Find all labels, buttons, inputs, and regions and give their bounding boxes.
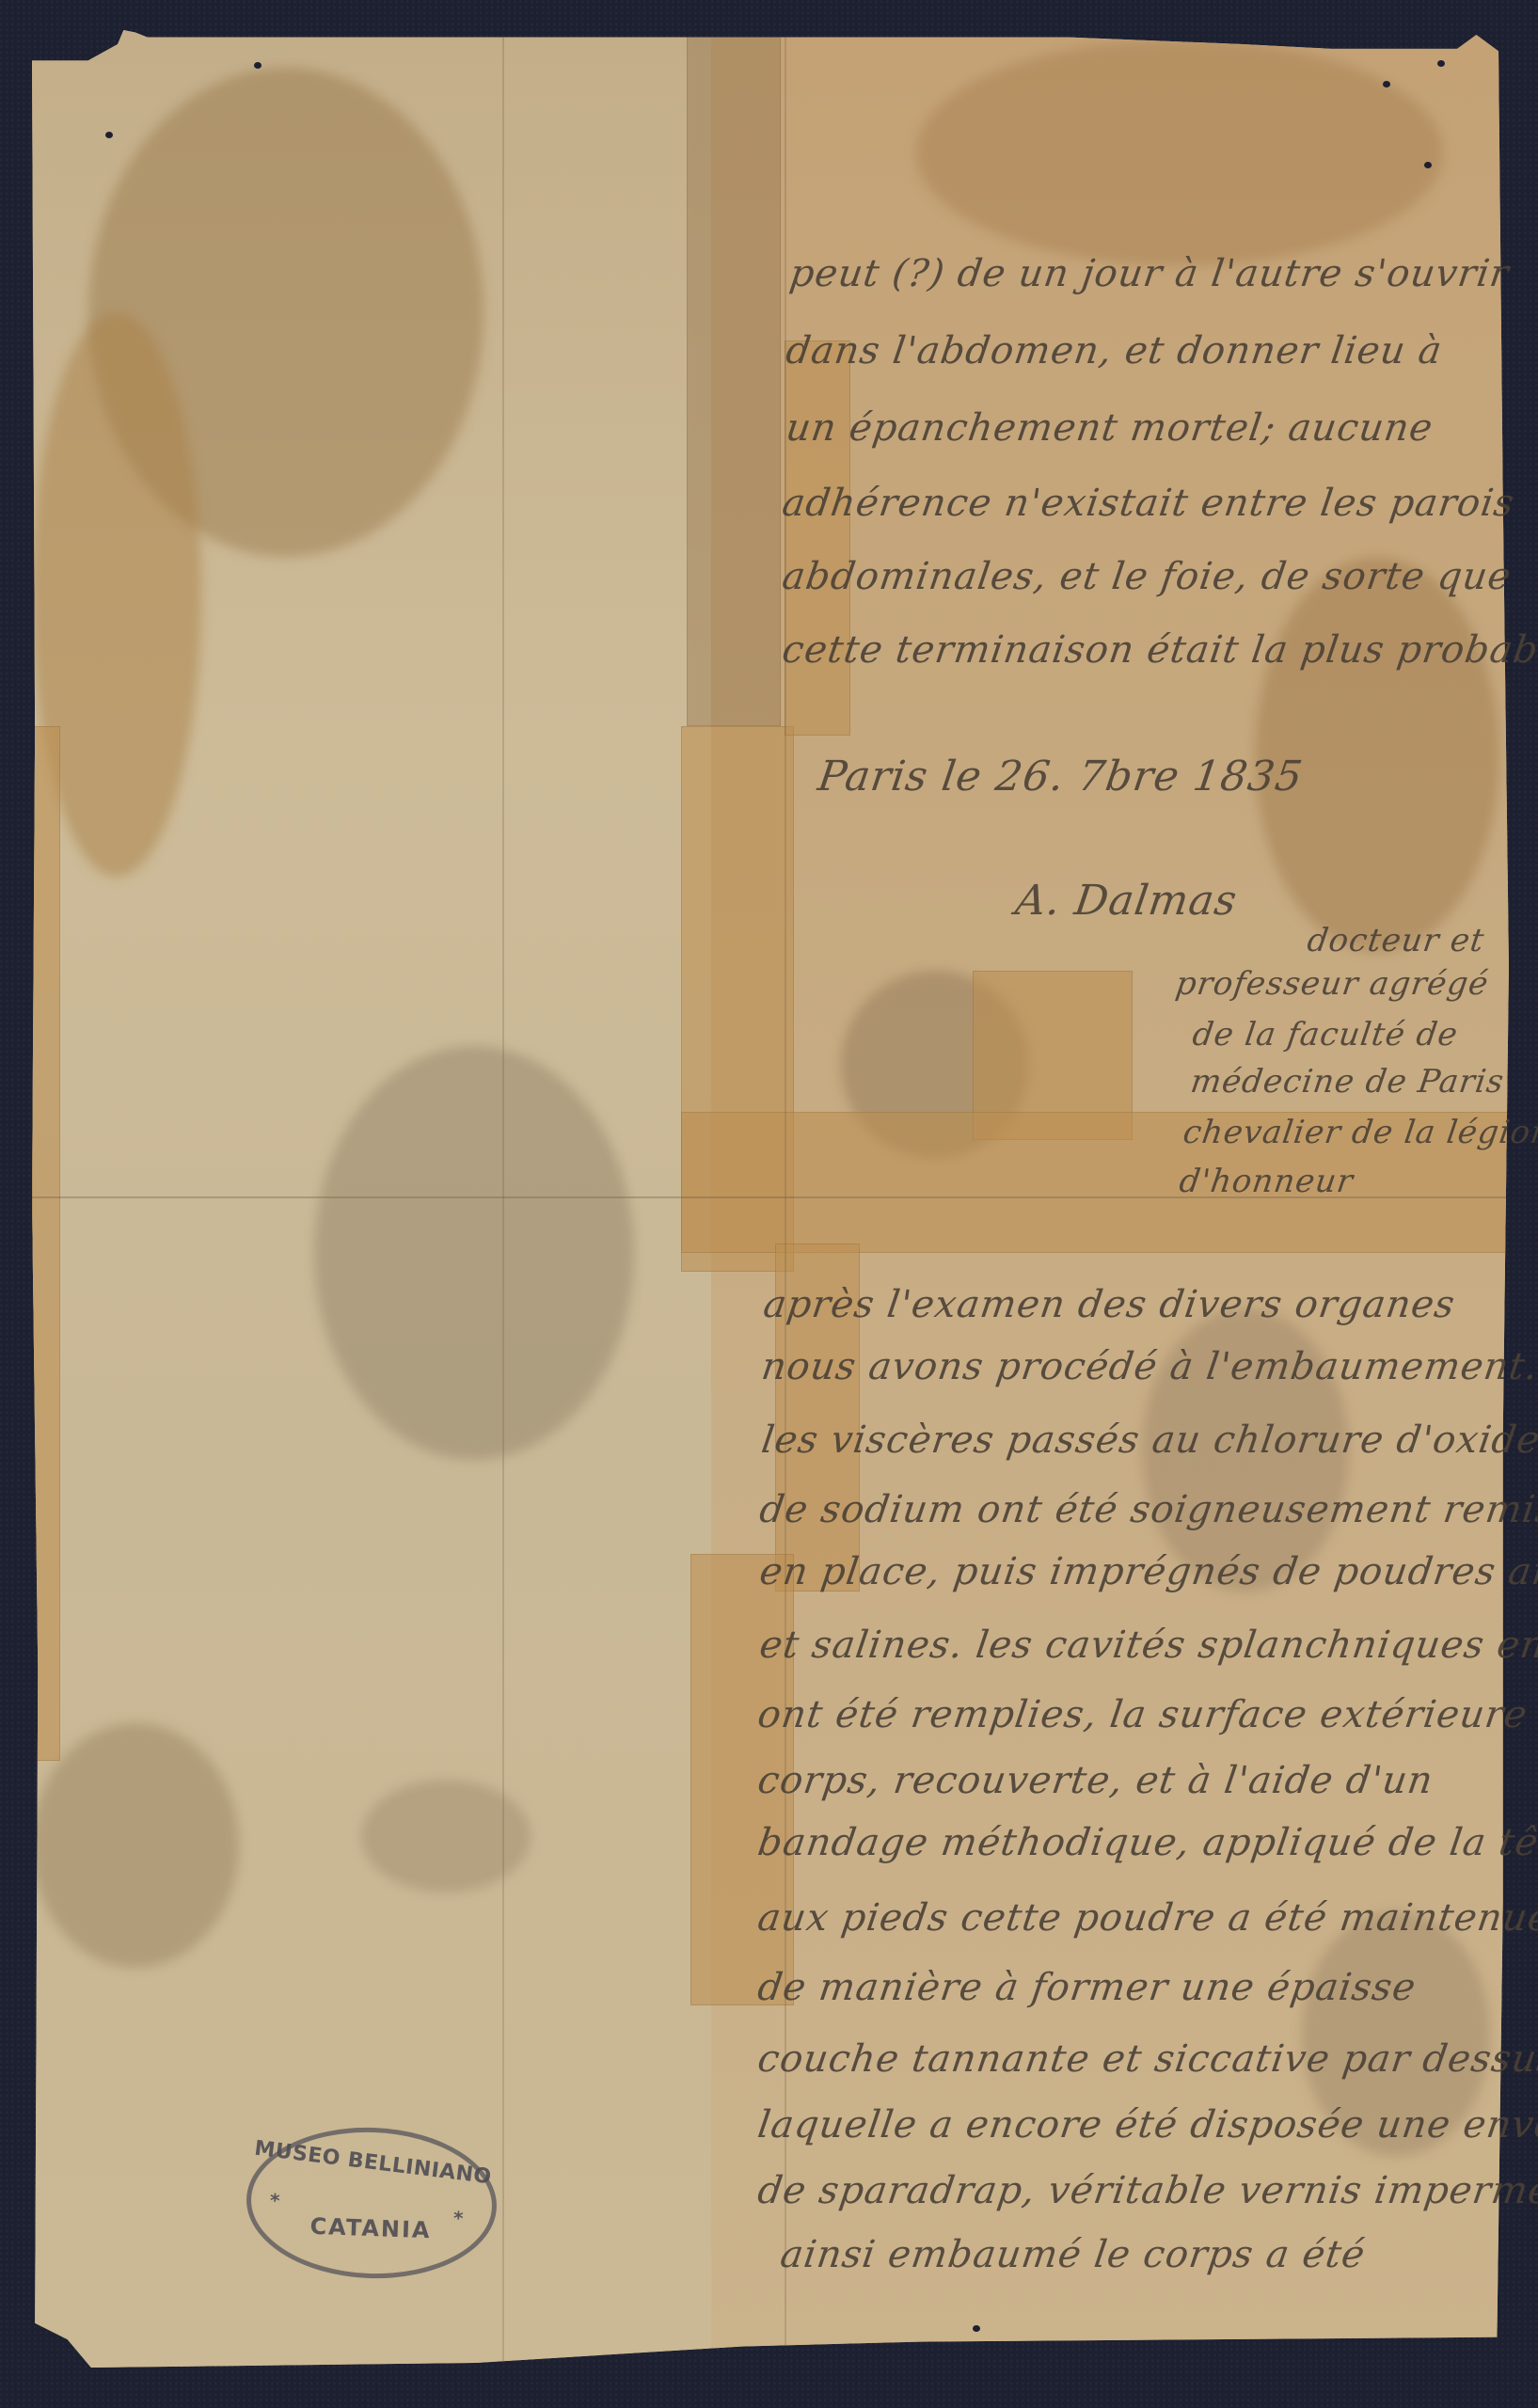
- manuscript-line: cette terminaison était la plus probable…: [780, 628, 1538, 672]
- vertical-fold-line: [502, 30, 504, 2372]
- repair-tape-strip: [687, 30, 781, 726]
- manuscript-line: laquelle a encore été disposée une envel…: [755, 2103, 1538, 2147]
- manuscript-line: peut (?) de un jour à l'autre s'ouvrir: [787, 252, 1513, 295]
- manuscript-line: aux pieds cette poudre a été maintenue: [755, 1896, 1538, 1940]
- paper-hole: [1437, 60, 1445, 67]
- manuscript-line: les viscères passés au chlorure d'oxide: [759, 1418, 1538, 1462]
- manuscript-line: dans l'abdomen, et donner lieu à: [784, 329, 1445, 372]
- signer-title-line: docteur et: [1305, 922, 1486, 959]
- signer-title-line: d'honneur: [1177, 1163, 1356, 1200]
- manuscript-line: ont été remplies, la surface extérieure …: [755, 1693, 1538, 1736]
- manuscript-sheet: [32, 30, 1509, 2372]
- signature: A. Dalmas: [1012, 877, 1240, 925]
- manuscript-line: de manière à former une épaisse: [755, 1966, 1419, 2009]
- manuscript-line: abdominales, et le foie, de sorte que: [780, 555, 1514, 598]
- signer-title-line: chevalier de la légion: [1181, 1114, 1538, 1151]
- manuscript-line: un épanchement mortel; aucune: [784, 406, 1436, 450]
- manuscript-line: nous avons procédé à l'embaumement.: [759, 1345, 1538, 1388]
- paper-hole: [973, 2325, 980, 2332]
- manuscript-line: et salines. les cavités splanchniques en: [757, 1624, 1538, 1667]
- repair-tape-strip: [785, 341, 850, 736]
- paper-hole: [1383, 81, 1390, 87]
- manuscript-line: bandage méthodique, appliqué de la tête: [755, 1821, 1538, 1864]
- stamp-star-icon: *: [270, 2189, 280, 2211]
- manuscript-line: de sparadrap, véritable vernis imperméab…: [755, 2169, 1538, 2212]
- paper-hole: [105, 132, 113, 138]
- paper-hole: [1424, 162, 1432, 168]
- manuscript-line: ainsi embaumé le corps a été: [778, 2233, 1369, 2276]
- manuscript-line: corps, recouverte, et à l'aide d'un: [755, 1759, 1436, 1802]
- vertical-fold-line: [785, 30, 786, 2372]
- signer-title-line: médecine de Paris: [1188, 1063, 1507, 1101]
- left-page-blank: [32, 30, 711, 2372]
- manuscript-line: après l'examen des divers organes: [761, 1283, 1458, 1326]
- manuscript-line: adhérence n'existait entre les parois: [780, 482, 1517, 525]
- manuscript-line: couche tannante et siccative par dessus: [755, 2037, 1538, 2081]
- signer-title-line: de la faculté de: [1190, 1016, 1460, 1053]
- place-and-date: Paris le 26. 7bre 1835: [815, 752, 1306, 800]
- paper-hole: [254, 62, 262, 69]
- manuscript-line: de sodium ont été soigneusement remis: [757, 1488, 1538, 1531]
- signer-title-line: professeur agrégé: [1173, 965, 1491, 1003]
- manuscript-line: en place, puis imprégnés de poudres arom…: [757, 1550, 1538, 1593]
